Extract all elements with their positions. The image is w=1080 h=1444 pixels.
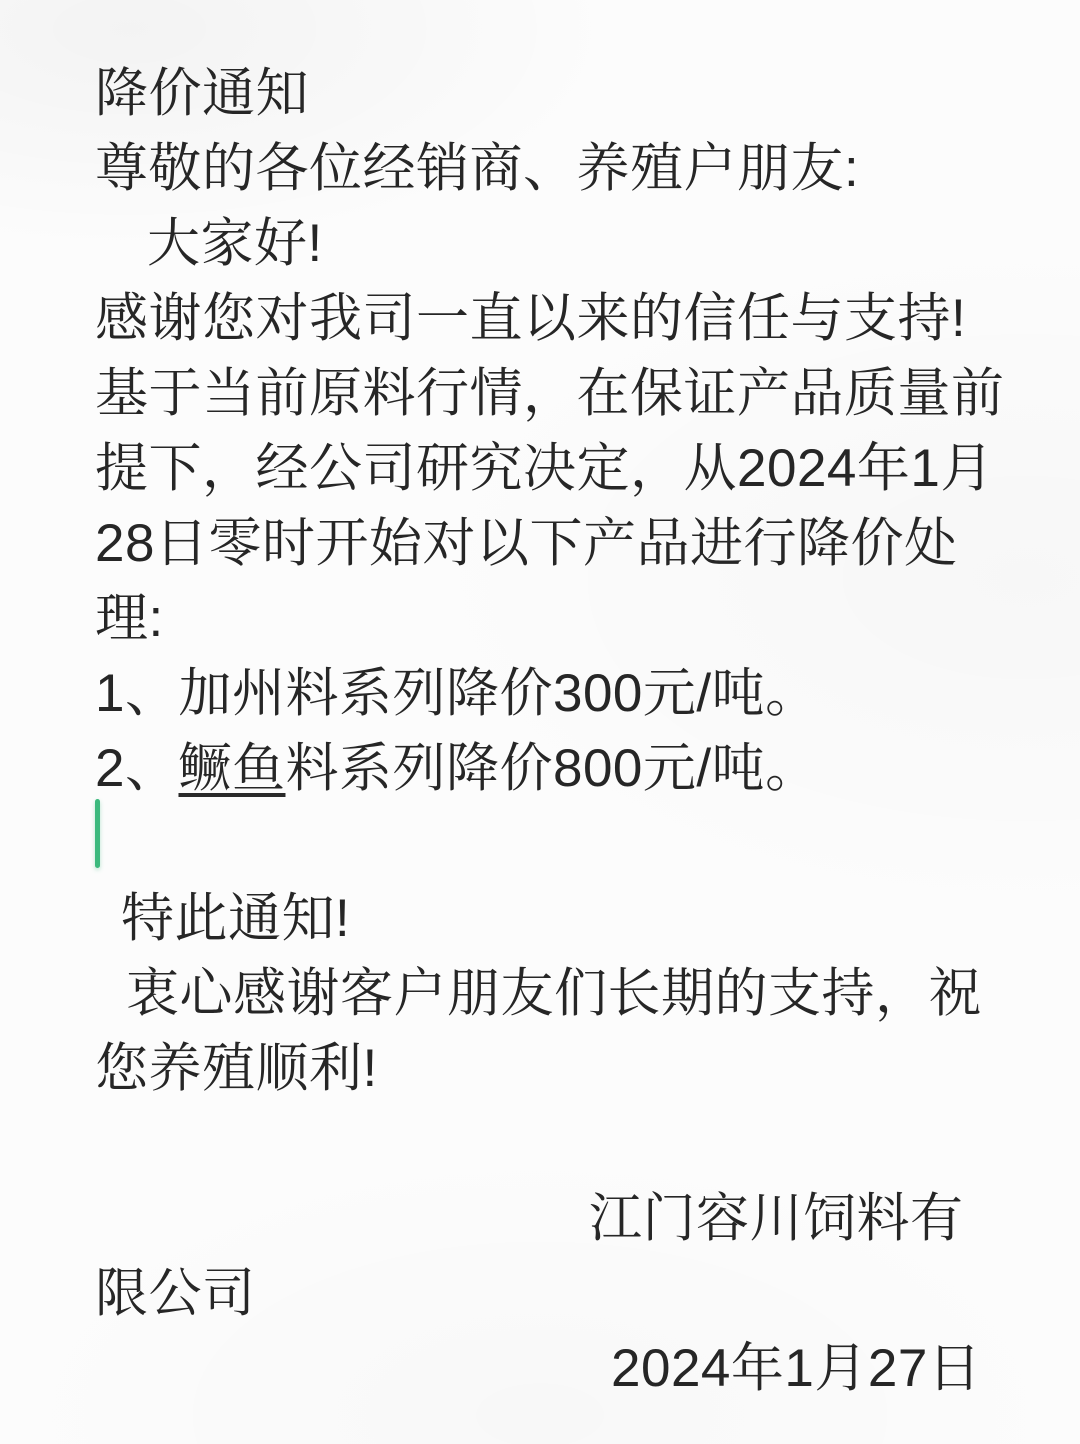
body-line-2: 提下，经公司研究决定，从2024年1月 — [95, 431, 1050, 506]
empty-cursor-line — [95, 806, 1050, 881]
price-item-2: 2、鳜鱼料系列降价800元/吨。 — [95, 731, 1050, 806]
closing-thanks-line-1: 衷心感谢客户朋友们长期的支持，祝 — [95, 956, 1050, 1031]
price-item-2-number: 2、 — [95, 739, 178, 798]
text-cursor — [95, 799, 100, 868]
thanks-line: 感谢您对我司一直以来的信任与支持! — [95, 281, 1050, 356]
blank-line — [95, 1106, 1050, 1181]
closing-notice-line: 特此通知! — [95, 881, 1050, 956]
price-item-2-rest: 料系列降价800元/吨。 — [285, 739, 818, 798]
closing-thanks-line-2: 您养殖顺利! — [95, 1031, 1050, 1106]
body-line-1: 基于当前原料行情，在保证产品质量前 — [95, 356, 1050, 431]
body-line-3: 28日零时开始对以下产品进行降价处 — [95, 506, 1050, 581]
date-line: 2024年1月27日 — [95, 1331, 1050, 1406]
company-name-line-2: 限公司 — [95, 1256, 1050, 1331]
salutation-line: 尊敬的各位经销商、养殖户朋友: — [95, 131, 1050, 206]
notice-title: 降价通知 — [95, 56, 1050, 131]
price-item-1: 1、加州料系列降价300元/吨。 — [95, 656, 1050, 731]
body-line-4: 理: — [95, 581, 1050, 656]
text-editor-area[interactable]: 降价通知 尊敬的各位经销商、养殖户朋友: 大家好! 感谢您对我司一直以来的信任与… — [0, 0, 1080, 1444]
price-item-2-product-underlined: 鳜鱼 — [178, 739, 285, 798]
greeting-line: 大家好! — [95, 206, 1050, 281]
company-name-line-1: 江门容川饲料有 — [95, 1181, 1050, 1256]
